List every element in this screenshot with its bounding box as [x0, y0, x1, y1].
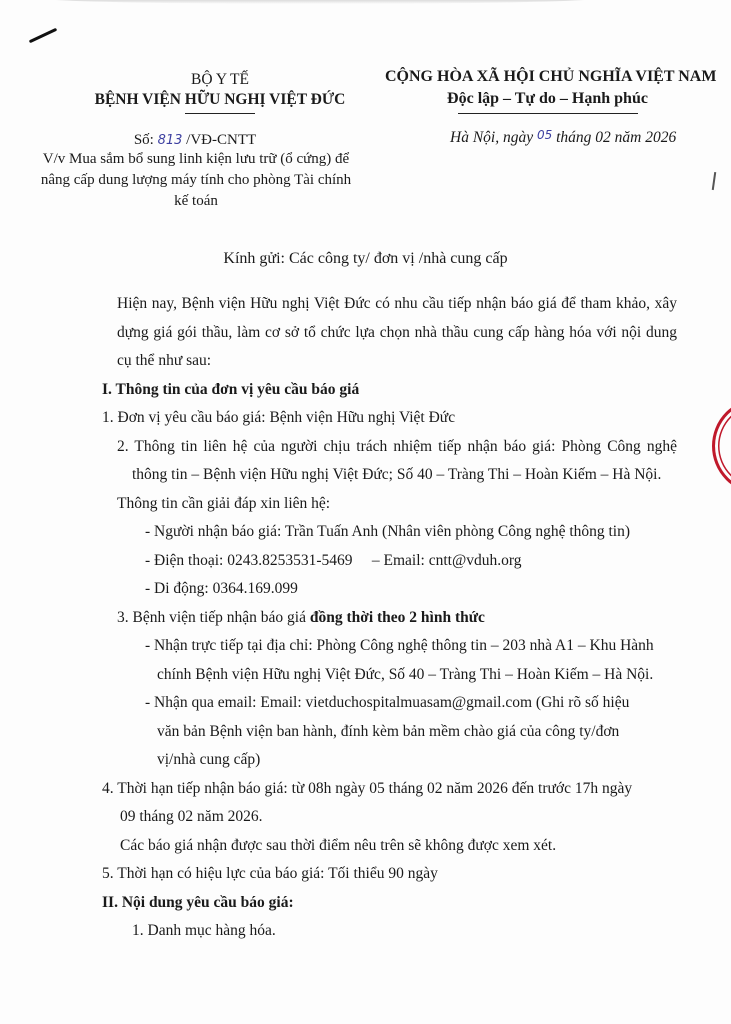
section-1-item-2: 2. Thông tin liên hệ của người chịu trác… — [117, 433, 677, 490]
scan-mark — [712, 172, 716, 190]
receive-direct-cont: chính Bệnh viện Hữu nghị Việt Đức, Số 40… — [102, 661, 677, 690]
document-subject: V/v Mua sắm bổ sung linh kiện lưu trữ (ổ… — [36, 149, 356, 212]
contact-phone: - Điện thoại: 0243.8253531-5469 — [145, 552, 353, 569]
header-left: BỘ Y TẾ BỆNH VIỆN HỮU NGHỊ VIỆT ĐỨC — [90, 70, 350, 114]
document-number: Số: 813 /VĐ-CNTT — [40, 130, 350, 151]
receive-email: - Nhận qua email: Email: vietduchospital… — [102, 689, 677, 718]
contact-receiver: - Người nhận báo giá: Trần Tuấn Anh (Nhâ… — [102, 518, 677, 547]
document-body: Hiện nay, Bệnh viện Hữu nghị Việt Đức có… — [102, 290, 677, 946]
salutation: Kính gửi: Các công ty/ đơn vị /nhà cung … — [0, 250, 731, 268]
place-date: Hà Nội, ngày 05 tháng 02 năm 2026 — [450, 128, 676, 147]
section-1-item-4: 4. Thời hạn tiếp nhận báo giá: từ 08h ng… — [102, 775, 677, 804]
scan-shadow — [40, 0, 600, 4]
intro-paragraph: Hiện nay, Bệnh viện Hữu nghị Việt Đức có… — [102, 290, 677, 376]
section-1-item-1: 1. Đơn vị yêu cầu báo giá: Bệnh viện Hữu… — [102, 404, 677, 433]
header-right-underline — [458, 113, 638, 114]
section-2-title: II. Nội dung yêu cầu báo giá: — [102, 889, 677, 918]
section-1-item-5: 5. Thời hạn có hiệu lực của báo giá: Tối… — [102, 860, 677, 889]
official-stamp — [712, 398, 731, 494]
header-left-underline — [185, 113, 255, 114]
handwritten-number: 813 — [158, 133, 183, 148]
contact-intro: Thông tin cần giải đáp xin liên hệ: — [102, 490, 677, 519]
receive-email-cont-1: văn bản Bệnh viện ban hành, đính kèm bản… — [102, 718, 677, 747]
ministry-name: BỘ Y TẾ — [90, 70, 350, 90]
section-1-item-3: 3. Bệnh viện tiếp nhận báo giá đồng thời… — [102, 604, 677, 633]
header-right: CỘNG HÒA XÃ HỘI CHỦ NGHĨA VIỆT NAM Độc l… — [385, 66, 710, 114]
national-motto: Độc lập – Tự do – Hạnh phúc — [385, 88, 710, 110]
handwritten-day: 05 — [537, 128, 552, 142]
section-1-item-4-note: Các báo giá nhận được sau thời điểm nêu … — [102, 832, 677, 861]
contact-mobile: - Di động: 0364.169.099 — [102, 575, 677, 604]
contact-phone-email: - Điện thoại: 0243.8253531-5469 – Email:… — [102, 547, 677, 576]
section-1-title: I. Thông tin của đơn vị yêu cầu báo giá — [102, 376, 677, 405]
contact-email[interactable]: – Email: cntt@vduh.org — [372, 552, 522, 569]
pen-mark — [29, 28, 57, 43]
section-2-item-1: 1. Danh mục hàng hóa. — [102, 917, 677, 946]
section-1-item-4-cont: 09 tháng 02 năm 2026. — [102, 803, 677, 832]
receive-direct: - Nhận trực tiếp tại địa chỉ: Phòng Công… — [102, 632, 677, 661]
national-title: CỘNG HÒA XÃ HỘI CHỦ NGHĨA VIỆT NAM — [385, 66, 710, 88]
hospital-name: BỆNH VIỆN HỮU NGHỊ VIỆT ĐỨC — [90, 90, 350, 110]
receive-email-cont-2: vị/nhà cung cấp) — [102, 746, 677, 775]
